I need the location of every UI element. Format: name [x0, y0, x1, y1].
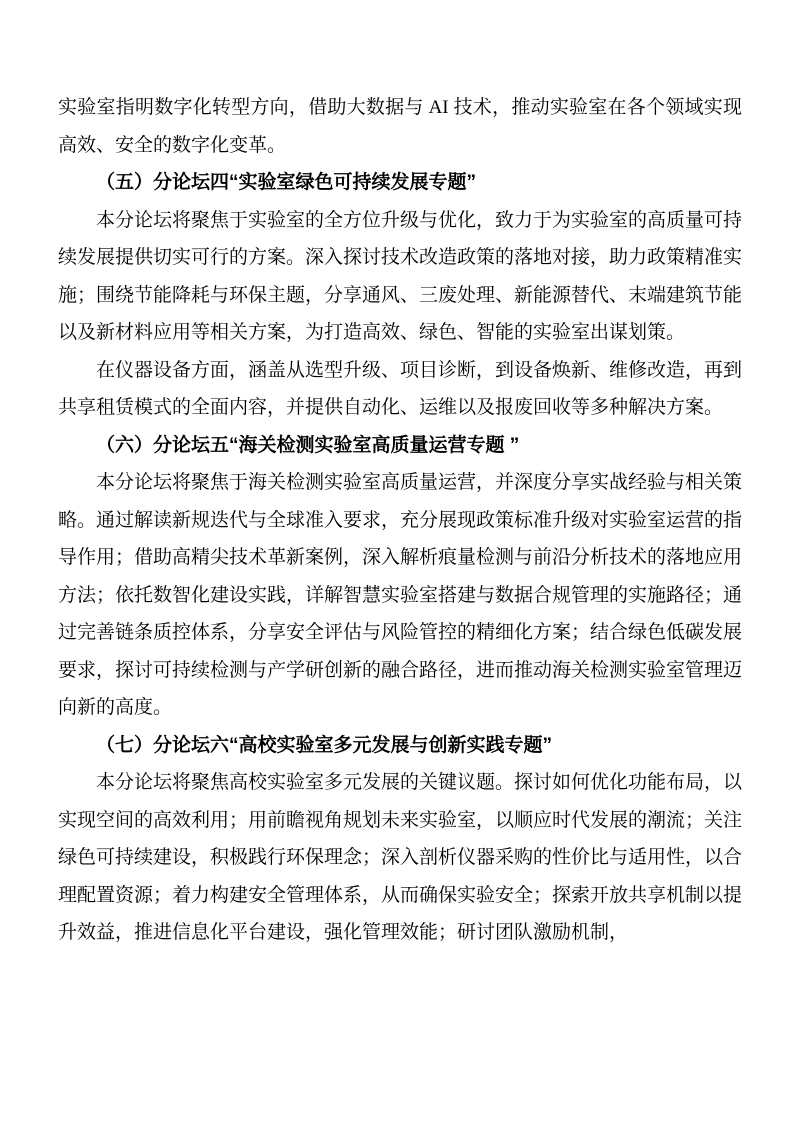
- paragraph-digital-transformation-continued: 实验室指明数字化转型方向，借助大数据与 AI 技术，推动实验室在各个领域实现高效…: [58, 89, 742, 164]
- document-page: 实验室指明数字化转型方向，借助大数据与 AI 技术，推动实验室在各个领域实现高效…: [0, 0, 794, 1123]
- section-heading-forum-4-green-sustainable: （五）分论坛四“实验室绿色可持续发展专题”: [58, 164, 742, 202]
- paragraph-forum-6-overview: 本分论坛将聚焦高校实验室多元发展的关键议题。探讨如何优化功能布局，以实现空间的高…: [58, 764, 742, 952]
- document-content: 实验室指明数字化转型方向，借助大数据与 AI 技术，推动实验室在各个领域实现高效…: [58, 89, 742, 952]
- section-heading-forum-5-customs-lab: （六）分论坛五“海关检测实验室高质量运营专题 ”: [58, 427, 742, 465]
- paragraph-forum-4-equipment: 在仪器设备方面，涵盖从选型升级、项目诊断，到设备焕新、维修改造，再到共享租赁模式…: [58, 352, 742, 427]
- paragraph-forum-4-overview: 本分论坛将聚焦于实验室的全方位升级与优化，致力于为实验室的高质量可持续发展提供切…: [58, 202, 742, 352]
- paragraph-forum-5-overview: 本分论坛将聚焦于海关检测实验室高质量运营，并深度分享实战经验与相关策略。通过解读…: [58, 464, 742, 727]
- section-heading-forum-6-university-lab: （七）分论坛六“高校实验室多元发展与创新实践专题”: [58, 727, 742, 765]
